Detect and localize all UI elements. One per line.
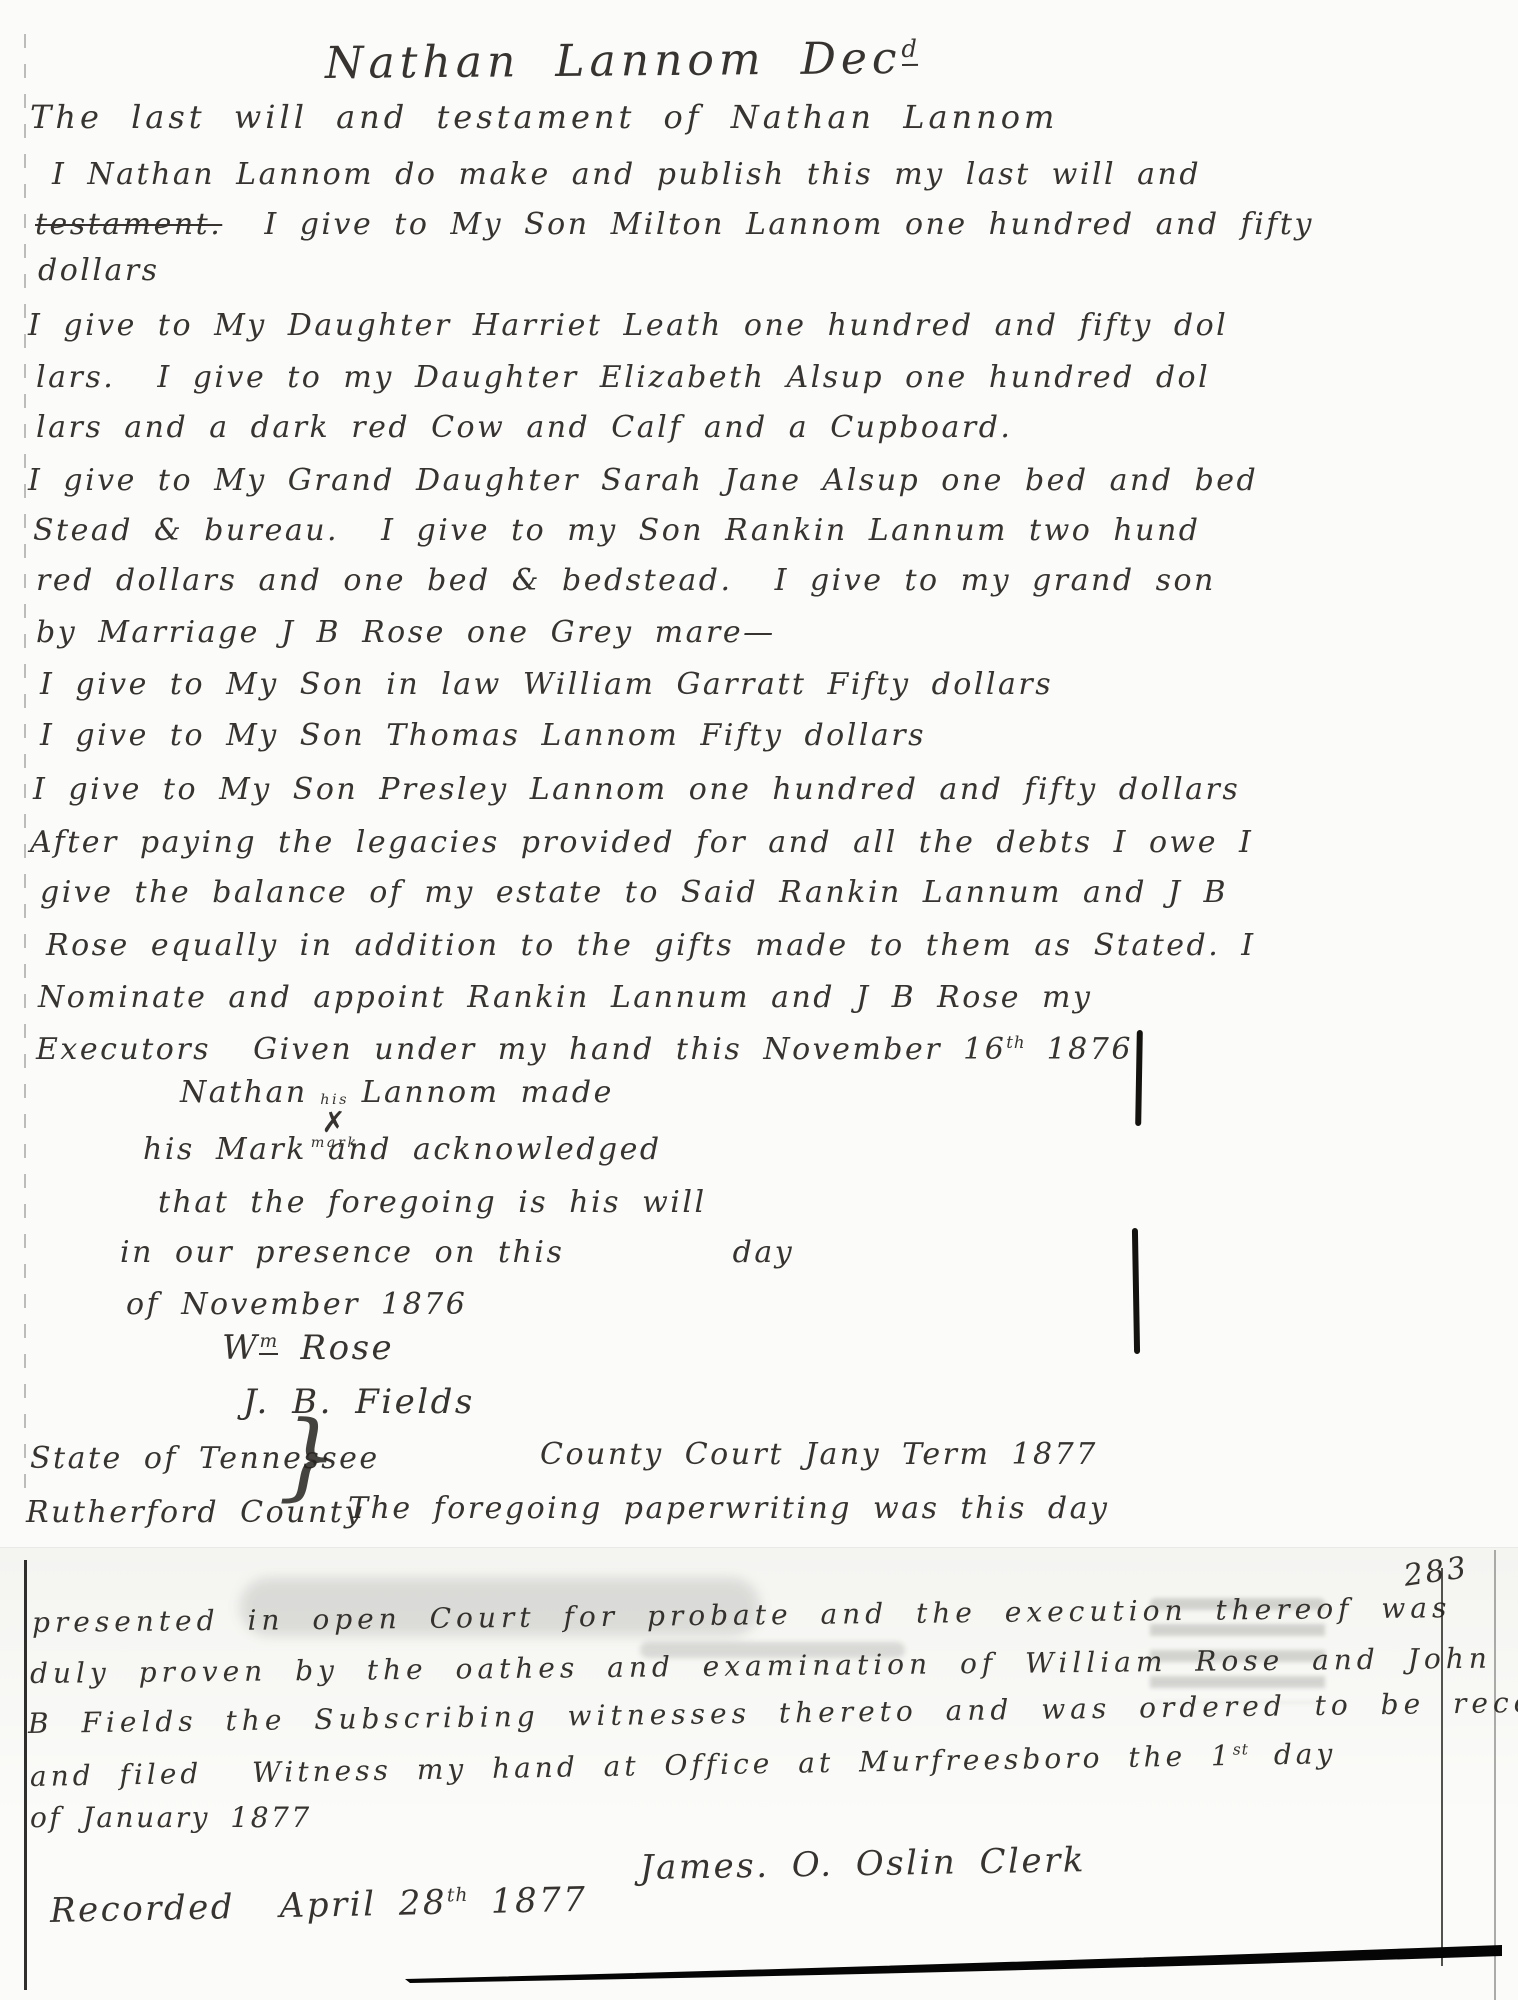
brace: }: [278, 1418, 338, 1494]
will-line: After paying the legacies provided for a…: [30, 826, 1253, 859]
attestation-line: that the foregoing is his will: [158, 1186, 707, 1219]
will-line: I give to My Son in law William Garratt …: [40, 668, 1053, 701]
signature-wm-rose: Wm Rose: [222, 1330, 394, 1367]
attestation-line: of November 1876: [126, 1288, 467, 1321]
document-scan: { "ink_color": "#26231f", "page_number":…: [0, 0, 1518, 2000]
scan-margin-line-upper: [24, 34, 26, 1502]
will-line: lars. I give to my Daughter Elizabeth Al…: [36, 361, 1210, 394]
county-label: Rutherford County: [26, 1496, 364, 1529]
will-line: I Nathan Lannom do make and publish this…: [52, 158, 1201, 191]
scan-rule-line-inner: [1441, 1568, 1443, 1966]
will-line: I give to My Son Thomas Lannom Fifty dol…: [40, 719, 926, 752]
will-line: testament. I give to My Son Milton Lanno…: [35, 208, 1314, 241]
will-line: I give to My Daughter Harriet Leath one …: [28, 309, 1228, 342]
attestation-line: in our presence on this day: [120, 1236, 794, 1269]
probate-line: of January 1877: [30, 1803, 312, 1834]
will-line: give the balance of my estate to Said Ra…: [40, 876, 1228, 909]
will-line: Nominate and appoint Rankin Lannum and J…: [38, 981, 1092, 1014]
court-term-label: County Court Jany Term 1877: [540, 1438, 1098, 1471]
will-line: lars and a dark red Cow and Calf and a C…: [36, 411, 1012, 444]
scan-rule-line-outer: [1494, 1550, 1496, 2000]
will-line: red dollars and one bed & bedstead. I gi…: [36, 564, 1216, 597]
court-intro-line: The foregoing paperwriting was this day: [348, 1492, 1109, 1525]
attestation-line: his Mark and acknowledged: [143, 1133, 662, 1166]
scan-strip-seam: [0, 1547, 1518, 1548]
will-line: I give to My Son Presley Lannom one hund…: [33, 773, 1240, 806]
signature-clerk: James. O. Oslin Clerk: [640, 1842, 1087, 1887]
will-line: I give to My Grand Daughter Sarah Jane A…: [28, 464, 1258, 497]
will-title: Nathan Lannom Decd: [325, 35, 918, 89]
will-line: Stead & bureau. I give to my Son Rankin …: [33, 514, 1201, 547]
will-subtitle: The last will and testament of Nathan La…: [30, 100, 1058, 135]
will-line: by Marriage J B Rose one Grey mare—: [36, 616, 776, 649]
will-line: Rose equally in addition to the gifts ma…: [46, 929, 1256, 962]
scan-edge-mark: [1135, 1030, 1143, 1126]
will-line: dollars: [38, 254, 160, 287]
scan-edge-mark: [1132, 1228, 1140, 1354]
will-line: Executors Given under my hand this Novem…: [36, 1033, 1133, 1066]
scan-margin-line-lower: [24, 1560, 27, 1990]
